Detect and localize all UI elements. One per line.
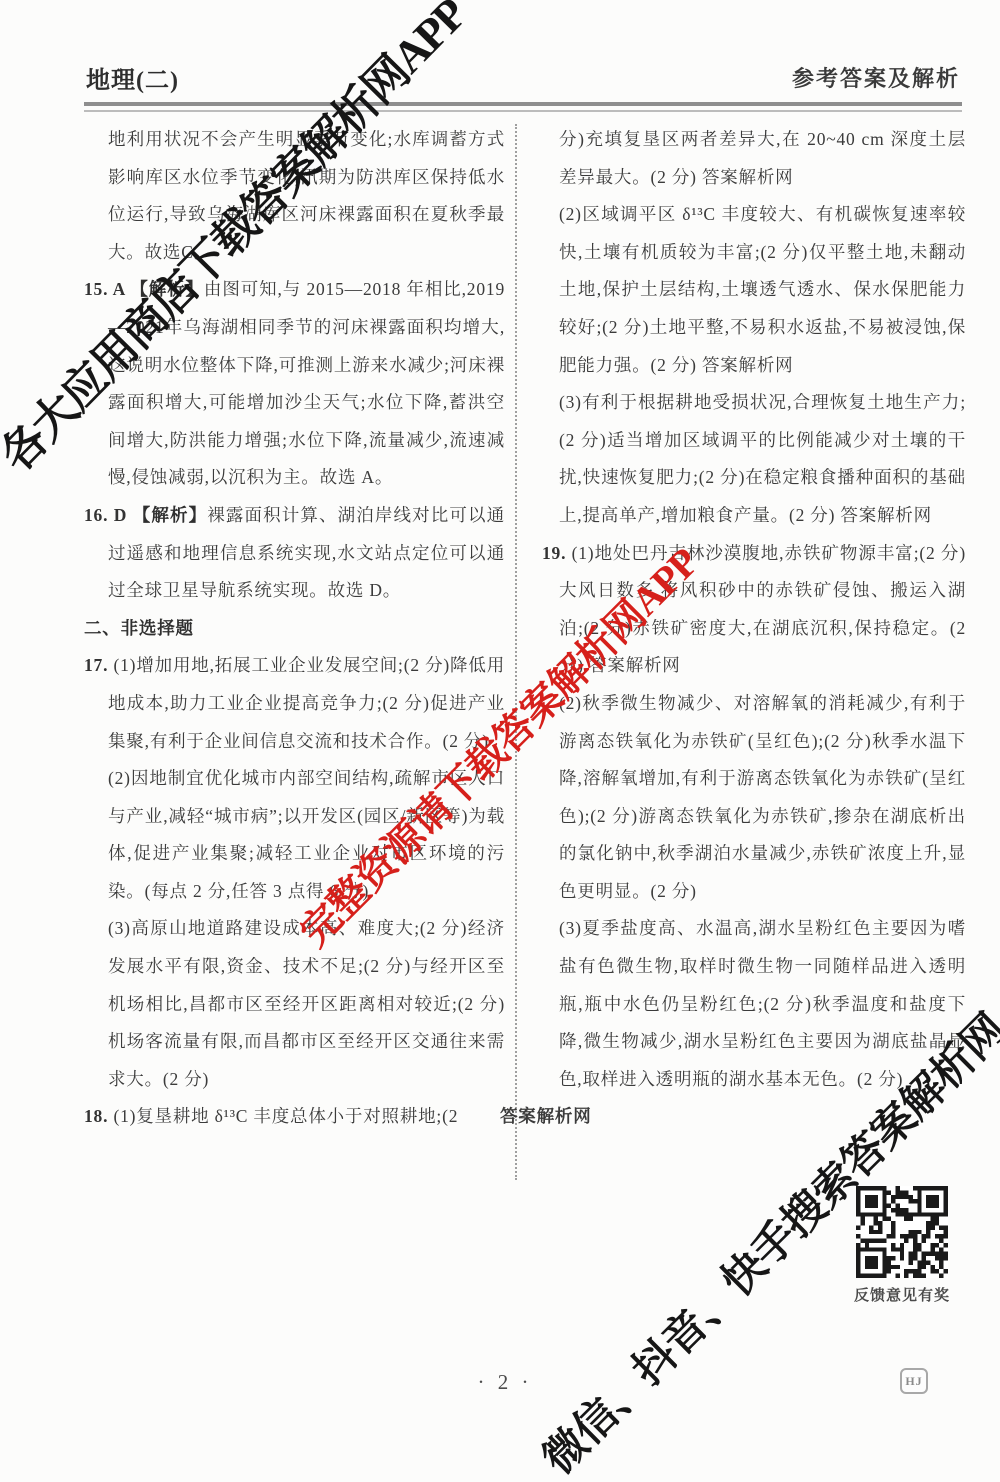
answer-column-right: 分)充填复垦区两者差异大,在 20~40 cm 深度土层差异最大。(2 分) 答… [542,121,966,1136]
answer-block: (2)区域调平区 δ¹³C 丰度较大、有机碳恢复速率较快,土壤有机质较为丰富;(… [542,196,966,384]
analysis-label: 【解析】 [133,505,208,525]
answer-block: 16. D 【解析】裸露面积计算、湖泊岸线对比可以通过遥感和地理信息系统实现,水… [84,497,505,610]
question-number: 15. A [84,279,130,299]
answer-sheet-page: 地理(二) 参考答案及解析 地利用状况不会产生明显季节变化;水库调蓄方式影响库区… [0,0,1000,1482]
answer-block: 19. (1)地处巴丹吉林沙漠腹地,赤铁矿物源丰富;(2 分)大风日数多,将风积… [542,535,966,685]
page-subject: 地理(二) [86,60,179,95]
answer-column-left: 地利用状况不会产生明显季节变化;水库调蓄方式影响库区水位季节变化,汛期为防洪库区… [84,121,505,1136]
answer-block: 17. (1)增加用地,拓展工业企业发展空间;(2 分)降低用地成本,助力工业企… [84,647,505,760]
qr-code [856,1186,948,1278]
page-title: 参考答案及解析 [792,62,960,93]
edition-badge: HJ [900,1368,928,1394]
analysis-label: 【解析】 [130,279,204,299]
question-number: 17. [84,655,113,675]
answer-block: (3)有利于根据耕地受损状况,合理恢复土地生产力;(2 分)适当增加区域调平的比… [542,384,966,534]
qr-caption: 反馈意见有奖 [848,1284,956,1305]
answer-block: (2)因地制宜优化城市内部空间结构,疏解市区人口与产业,减轻“城市病”;以开发区… [84,760,505,910]
question-number: 18. [84,1106,113,1126]
answer-block: (3)高原山地道路建设成本高、难度大;(2 分)经济发展水平有限,资金、技术不足… [84,910,505,1098]
column-divider [515,124,517,1180]
answer-block: (3)夏季盐度高、水温高,湖水呈粉红色主要因为嗜盐有色微生物,取样时微生物一同随… [542,910,966,1098]
question-number: 16. D [84,505,133,525]
answer-block: 分)充填复垦区两者差异大,在 20~40 cm 深度土层差异最大。(2 分) 答… [542,121,966,196]
answer-block: 答案解析网 [500,1098,966,1136]
section-heading: 二、非选择题 [84,610,505,648]
page-number: · 2 · [460,1370,550,1395]
answer-block: 15. A 【解析】由图可知,与 2015—2018 年相比,2019—2021… [84,271,505,497]
answer-block: 18. (1)复垦耕地 δ¹³C 丰度总体小于对照耕地;(2 [84,1098,505,1136]
question-number: 19. [542,543,572,563]
answer-block: (2)秋季微生物减少、对溶解氧的消耗减少,有利于游离态铁氧化为赤铁矿(呈红色);… [542,685,966,911]
header-rule [84,102,962,112]
answer-block: 地利用状况不会产生明显季节变化;水库调蓄方式影响库区水位季节变化,汛期为防洪库区… [84,121,505,271]
